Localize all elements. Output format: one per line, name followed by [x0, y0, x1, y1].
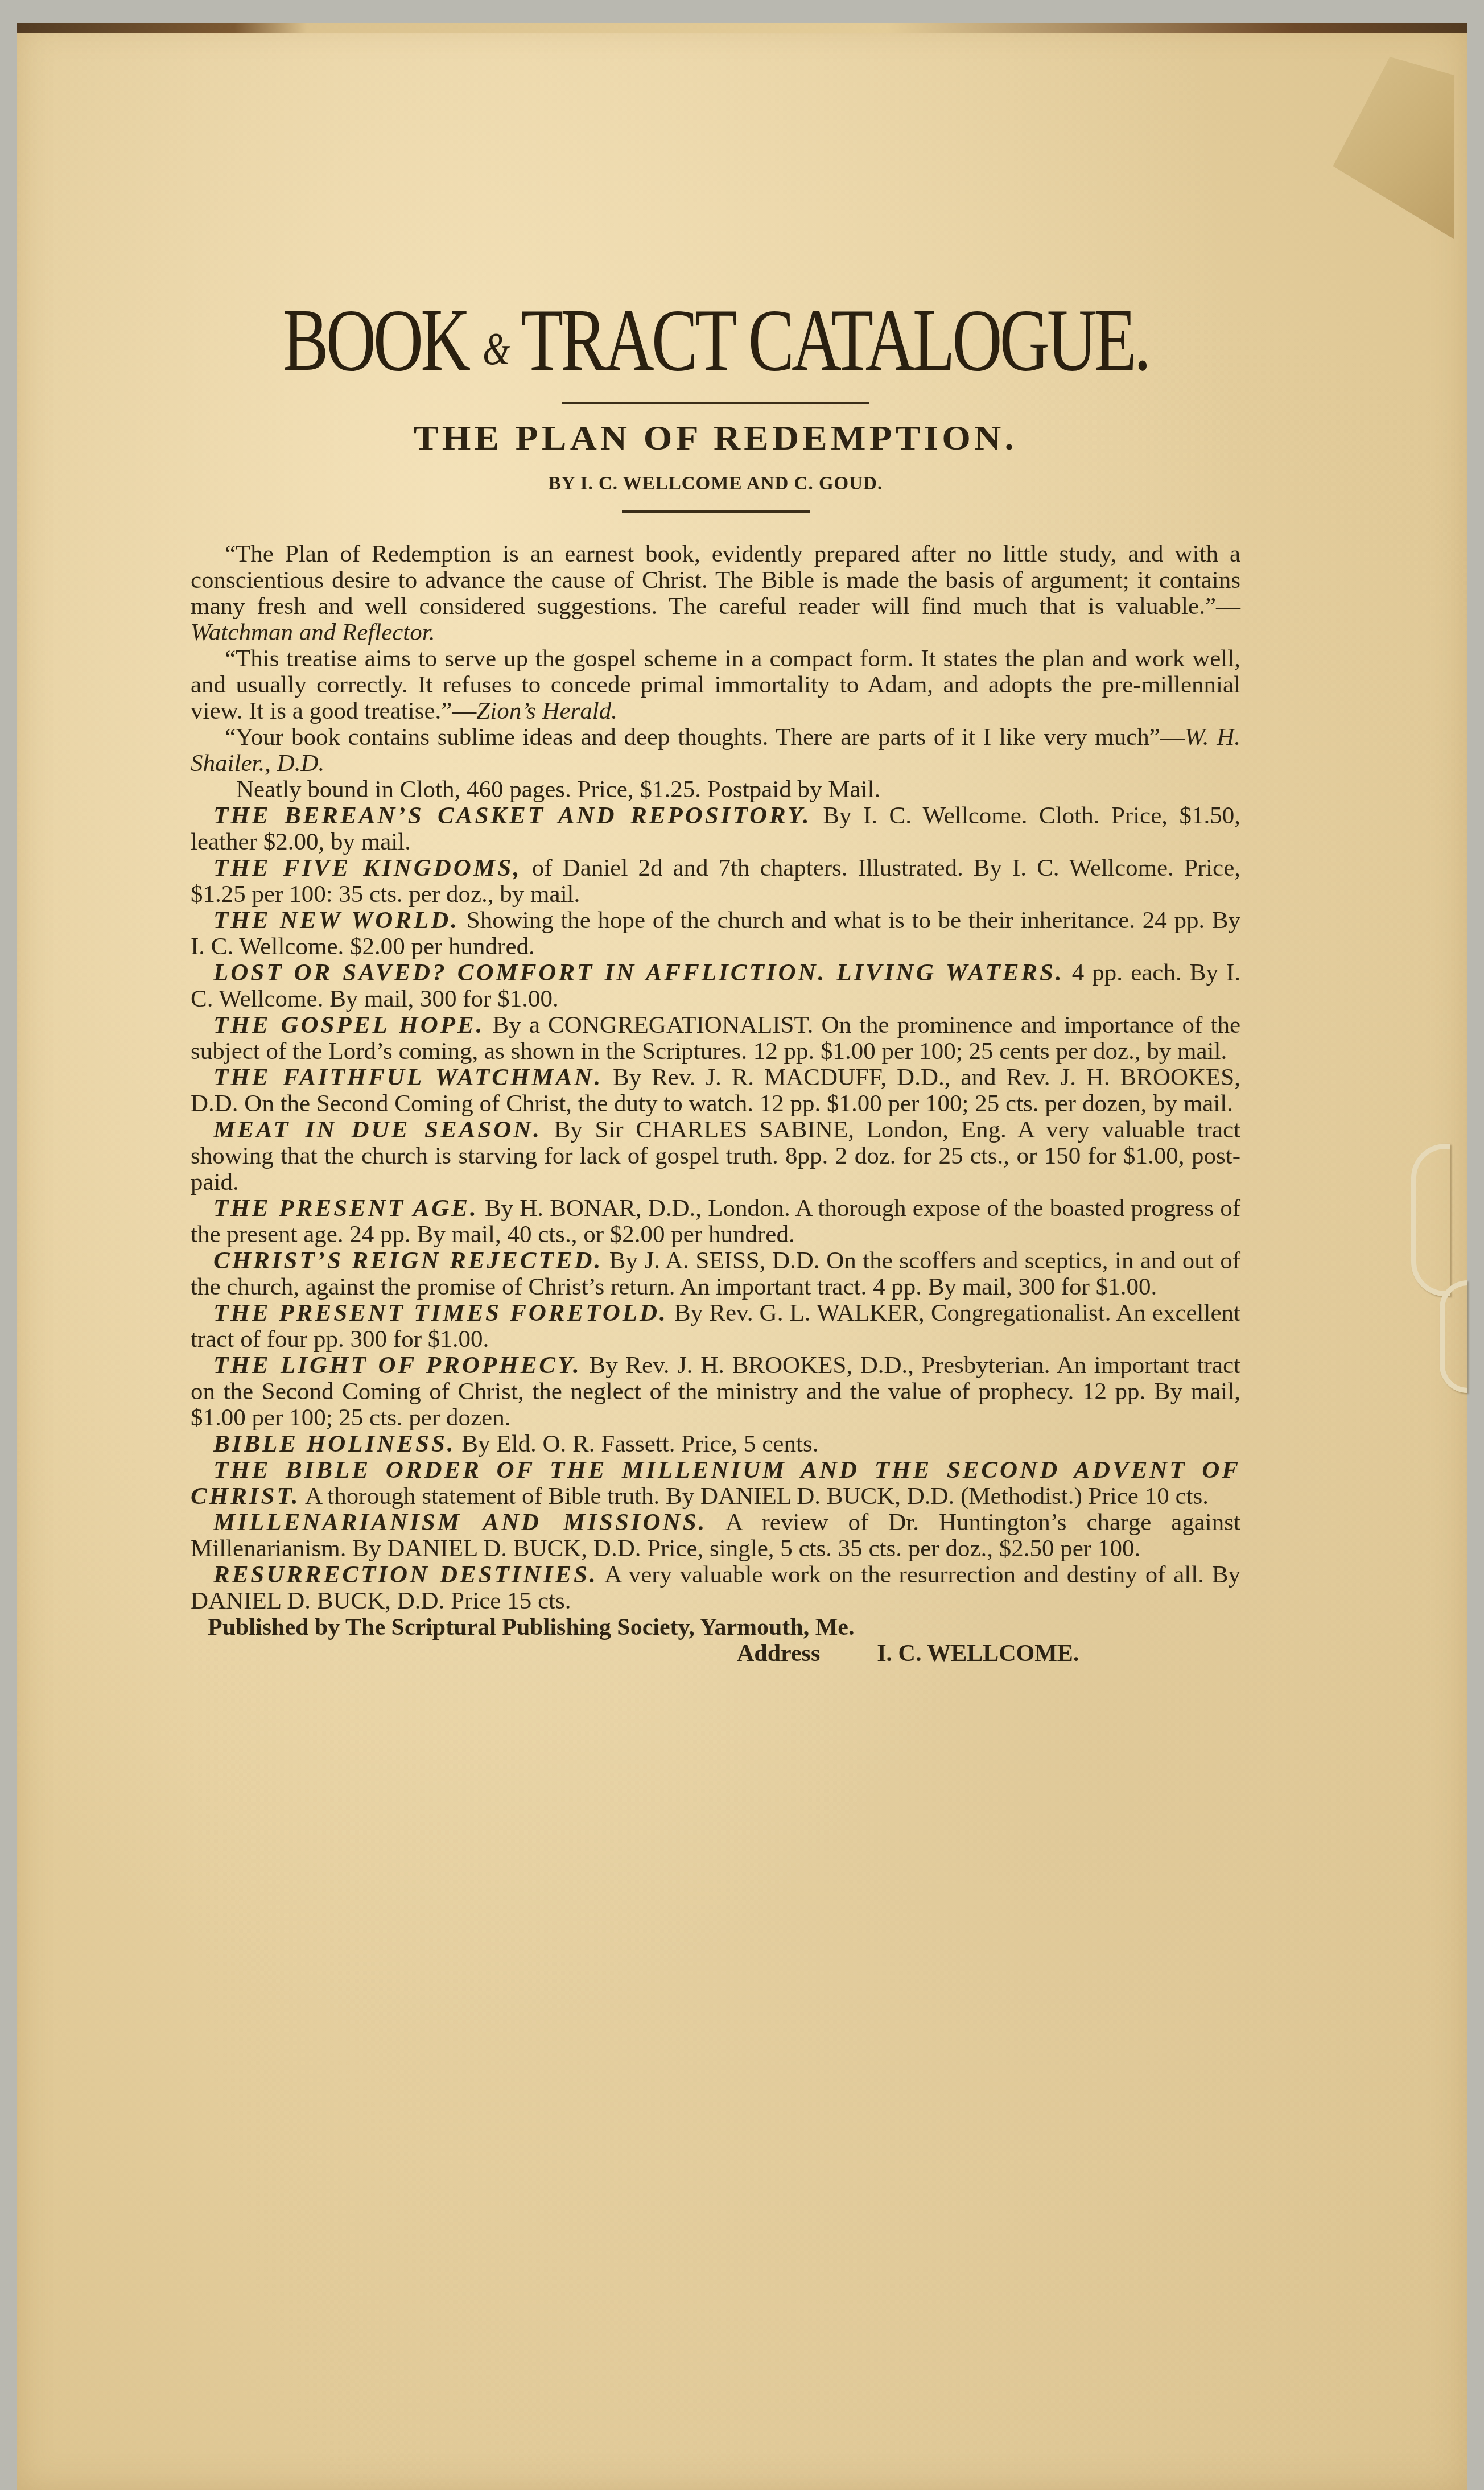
catalogue-entry: THE FIVE KINGDOMS, of Daniel 2d and 7th … [191, 855, 1240, 908]
review-quote: “The Plan of Redemption is an earnest bo… [191, 541, 1240, 646]
address-name: I. C. WELLCOME. [877, 1640, 1079, 1667]
catalogue-entry: THE BIBLE ORDER OF THE MILLENIUM AND THE… [191, 1457, 1240, 1510]
review-text: “The Plan of Redemption is an earnest bo… [191, 541, 1240, 620]
featured-byline: BY I. C. WELLCOME AND C. GOUD. [191, 473, 1240, 494]
catalogue-entry: THE PRESENT TIMES FORETOLD. By Rev. G. L… [191, 1300, 1240, 1353]
featured-price: Neatly bound in Cloth, 460 pages. Price,… [191, 777, 1240, 803]
entry-title: THE PRESENT TIMES FORETOLD. [213, 1300, 668, 1326]
catalogue-content: BOOK & TRACT CATALOGUE. THE PLAN OF REDE… [191, 296, 1240, 1667]
catalogue-entries: THE BEREAN’S CASKET AND REPOSITORY. By I… [191, 803, 1240, 1614]
entry-description: By Eld. O. R. Fassett. Price, 5 cents. [456, 1430, 819, 1457]
page-title: BOOK & TRACT CATALOGUE. [213, 296, 1218, 385]
catalogue-body: “The Plan of Redemption is an earnest bo… [191, 541, 1240, 1667]
address-label: Address [737, 1640, 820, 1667]
catalogue-entry: RESURRECTION DESTINIES. A very valuable … [191, 1562, 1240, 1614]
entry-title: THE GOSPEL HOPE. [213, 1012, 484, 1038]
review-source: Zion’s Herald. [476, 698, 617, 724]
divider [622, 510, 810, 513]
title-book: BOOK [282, 291, 468, 389]
catalogue-entry: MEAT IN DUE SEASON. By Sir CHARLES SABIN… [191, 1117, 1240, 1195]
review-text: “Your book contains sublime ideas and de… [225, 724, 1185, 751]
title-ampersand-ornament: & [483, 324, 508, 374]
catalogue-entry: THE FAITHFUL WATCHMAN. By Rev. J. R. MAC… [191, 1065, 1240, 1117]
publisher-line: Published by The Scriptural Publishing S… [191, 1614, 1240, 1640]
entry-description: A thorough statement of Bible truth. By … [300, 1483, 1209, 1510]
featured-title: THE PLAN OF REDEMPTION. [164, 419, 1267, 457]
catalogue-entry: THE BEREAN’S CASKET AND REPOSITORY. By I… [191, 803, 1240, 855]
catalogue-entry: BIBLE HOLINESS. By Eld. O. R. Fassett. P… [191, 1431, 1240, 1457]
entry-title: THE FAITHFUL WATCHMAN. [213, 1064, 603, 1091]
binding-thread [1411, 1144, 1450, 1296]
catalogue-entry: CHRIST’S REIGN REJECTED. By J. A. SEISS,… [191, 1248, 1240, 1300]
review-quote: “Your book contains sublime ideas and de… [191, 724, 1240, 777]
catalogue-entry: THE LIGHT OF PROPHECY. By Rev. J. H. BRO… [191, 1353, 1240, 1431]
entry-title: RESURRECTION DESTINIES. [213, 1561, 598, 1588]
entry-title: LOST OR SAVED? COMFORT IN AFFLICTION. LI… [213, 959, 1064, 986]
torn-top-edge [17, 23, 1467, 33]
catalogue-entry: LOST OR SAVED? COMFORT IN AFFLICTION. LI… [191, 960, 1240, 1012]
entry-title: THE LIGHT OF PROPHECY. [213, 1352, 582, 1379]
entry-title: CHRIST’S REIGN REJECTED. [213, 1247, 603, 1274]
catalogue-entry: THE PRESENT AGE. By H. BONAR, D.D., Lond… [191, 1195, 1240, 1248]
catalogue-entry: THE GOSPEL HOPE. By a CONGREGATIONALIST.… [191, 1012, 1240, 1065]
review-source: Watchman and Reflector. [191, 619, 435, 646]
address-line: AddressI. C. WELLCOME. [191, 1640, 1240, 1667]
divider [562, 402, 869, 404]
review-quote: “This treatise aims to serve up the gosp… [191, 646, 1240, 724]
catalogue-entry: THE NEW WORLD. Showing the hope of the c… [191, 908, 1240, 960]
entry-title: THE BEREAN’S CASKET AND REPOSITORY. [213, 802, 811, 829]
entry-title: MEAT IN DUE SEASON. [213, 1116, 542, 1143]
entry-title: THE FIVE KINGDOMS, [213, 855, 522, 881]
catalogue-entry: MILLENARIANISM AND MISSIONS. A review of… [191, 1510, 1240, 1562]
binding-thread [1440, 1280, 1467, 1393]
entry-title: THE NEW WORLD. [213, 907, 459, 934]
review-text: “This treatise aims to serve up the gosp… [191, 645, 1240, 724]
entry-title: THE PRESENT AGE. [213, 1195, 479, 1222]
title-tract-catalogue: TRACT CATALOGUE. [521, 291, 1149, 389]
entry-title: BIBLE HOLINESS. [213, 1430, 456, 1457]
entry-title: MILLENARIANISM AND MISSIONS. [213, 1509, 707, 1536]
